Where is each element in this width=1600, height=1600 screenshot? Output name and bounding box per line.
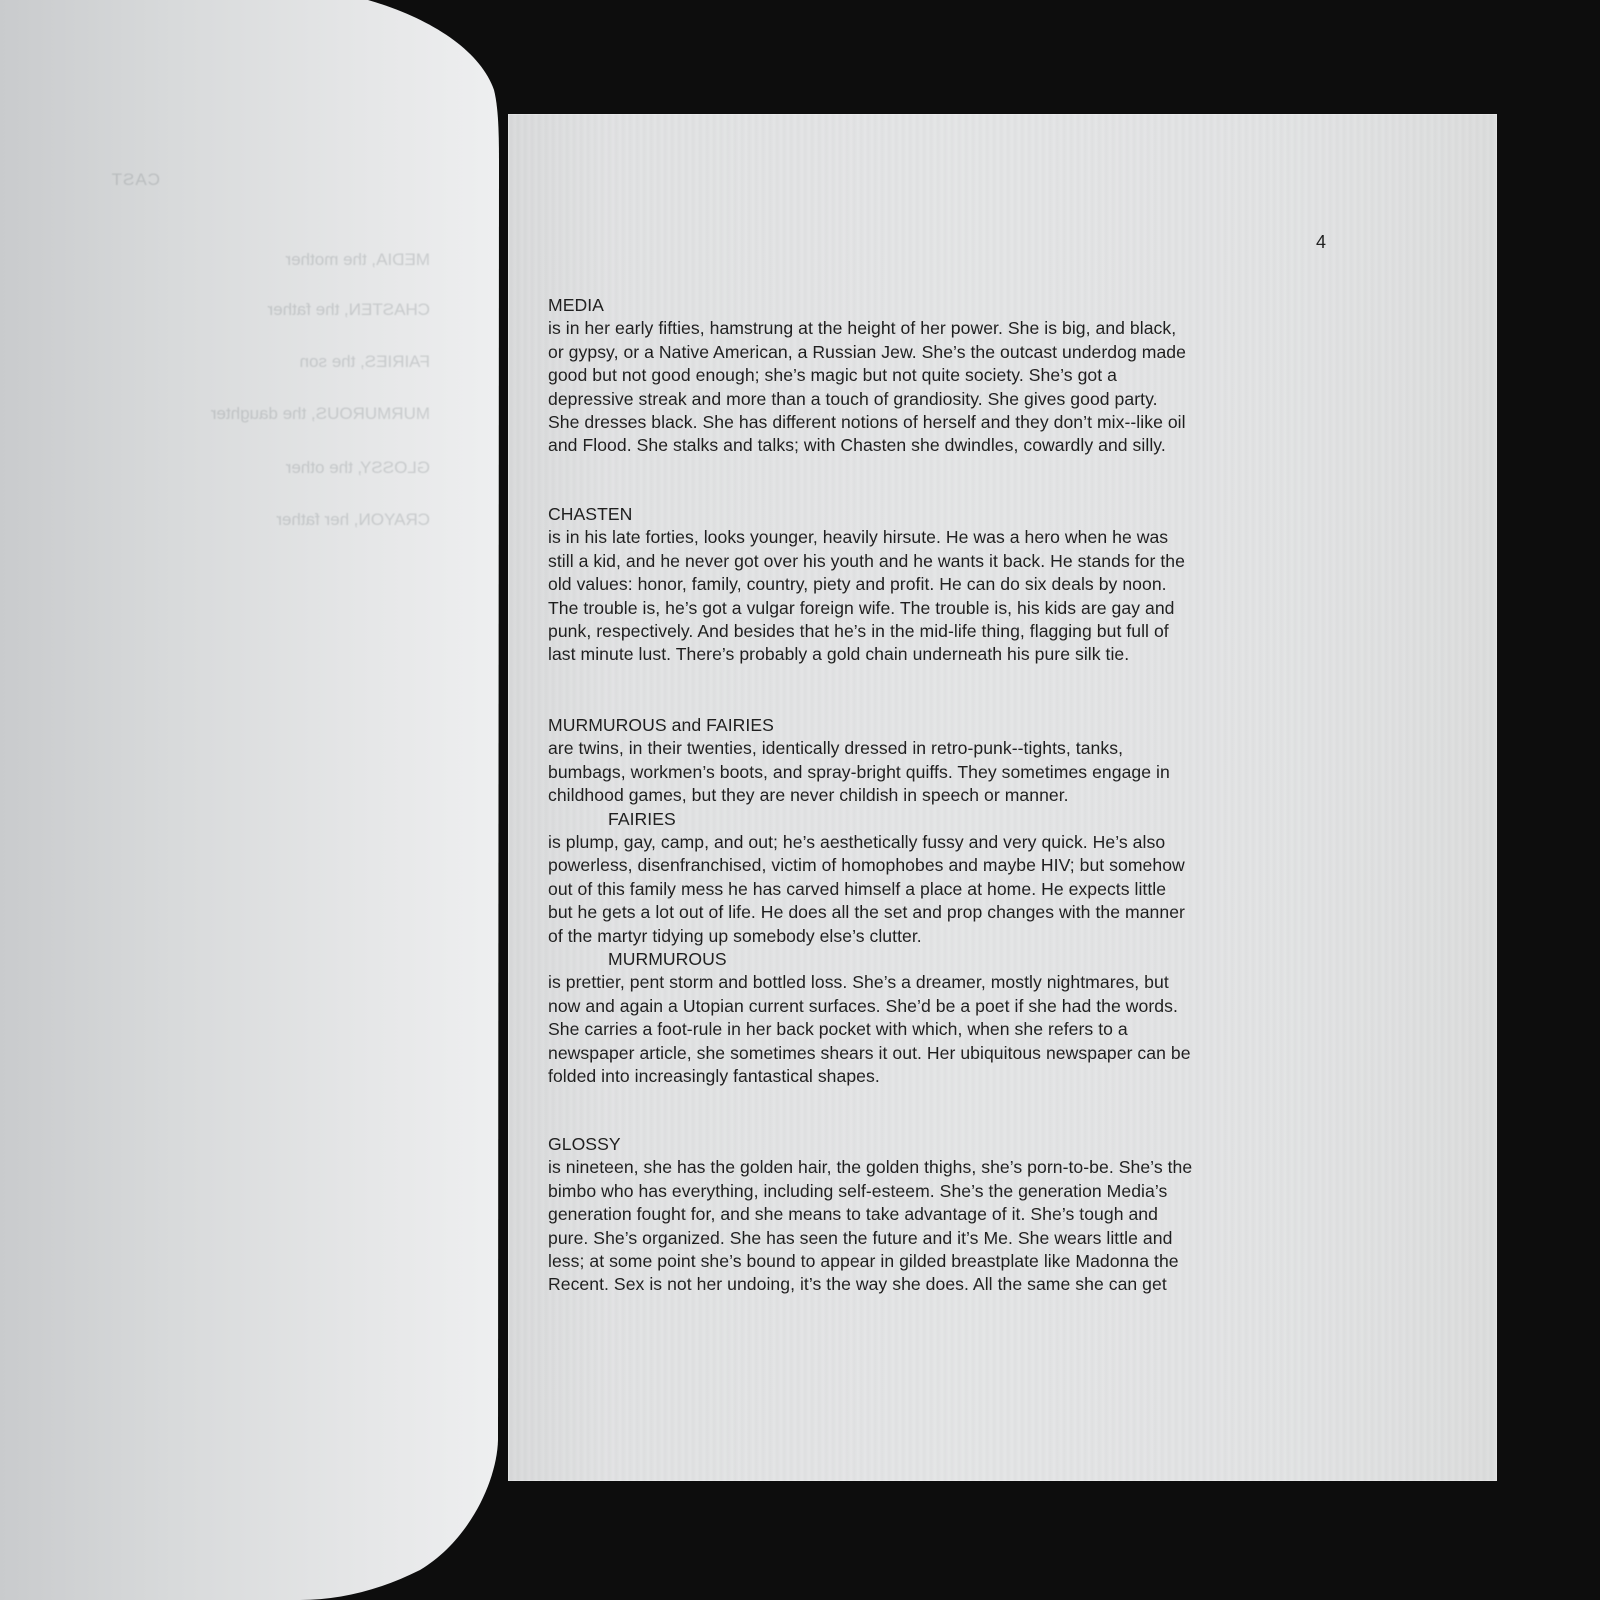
text-line: bumbags, workmen’s boots, and spray-brig… [548,761,1408,784]
book-photo: CAST MEDIA, the mother CHASTEN, the fath… [0,0,1600,1600]
text-line: or gypsy, or a Native American, a Russia… [548,341,1408,364]
text-line: old values: honor, family, country, piet… [548,573,1408,596]
text-line: punk, respectively. And besides that he’… [548,620,1408,643]
text-line: depressive streak and more than a touch … [548,388,1408,411]
text-line: newspaper article, she sometimes shears … [548,1042,1408,1065]
text-line: out of this family mess he has carved hi… [548,878,1408,901]
text-line: bimbo who has everything, including self… [548,1180,1408,1203]
text-line: is prettier, pent storm and bottled loss… [548,971,1408,994]
section-media: MEDIA is in her early fifties, hamstrung… [548,294,1408,458]
section-heading: GLOSSY [548,1133,1408,1156]
text-line: last minute lust. There’s probably a gol… [548,643,1408,666]
text-line: She dresses black. She has different not… [548,411,1408,434]
page-number: 4 [1316,232,1326,253]
text-line: now and again a Utopian current surfaces… [548,995,1408,1018]
text-line: childhood games, but they are never chil… [548,784,1408,807]
text-line: She carries a foot-rule in her back pock… [548,1018,1408,1041]
text-line: good but not good enough; she’s magic bu… [548,364,1408,387]
section-heading: CHASTEN [548,503,1408,526]
text-line: is in his late forties, looks younger, h… [548,526,1408,549]
section-heading: MEDIA [548,294,1408,317]
text-line: less; at some point she’s bound to appea… [548,1250,1408,1273]
text-line: pure. She’s organized. She has seen the … [548,1227,1408,1250]
text-line: powerless, disenfranchised, victim of ho… [548,854,1408,877]
text-line: are twins, in their twenties, identicall… [548,737,1408,760]
right-page: 4 MEDIA is in her early fifties, hamstru… [508,114,1497,1481]
section-heading: MURMUROUS and FAIRIES [548,714,1408,737]
text-line: still a kid, and he never got over his y… [548,550,1408,573]
subsection-heading-murmurous: MURMUROUS [548,948,1408,971]
section-glossy: GLOSSY is nineteen, she has the golden h… [548,1133,1408,1297]
text-line: of the martyr tidying up somebody else’s… [548,925,1408,948]
text-line: but he gets a lot out of life. He does a… [548,901,1408,924]
text-line: Recent. Sex is not her undoing, it’s the… [548,1273,1408,1296]
subsection-heading-fairies: FAIRIES [548,808,1408,831]
text-line: The trouble is, he’s got a vulgar foreig… [548,597,1408,620]
text-line: is in her early fifties, hamstrung at th… [548,317,1408,340]
text-line: generation fought for, and she means to … [548,1203,1408,1226]
section-chasten: CHASTEN is in his late forties, looks yo… [548,503,1408,667]
text-line: is nineteen, she has the golden hair, th… [548,1156,1408,1179]
text-line: is plump, gay, camp, and out; he’s aesth… [548,831,1408,854]
section-twins: MURMUROUS and FAIRIES are twins, in thei… [548,714,1408,1089]
text-line: and Flood. She stalks and talks; with Ch… [548,434,1408,457]
text-line: folded into increasingly fantastical sha… [548,1065,1408,1088]
